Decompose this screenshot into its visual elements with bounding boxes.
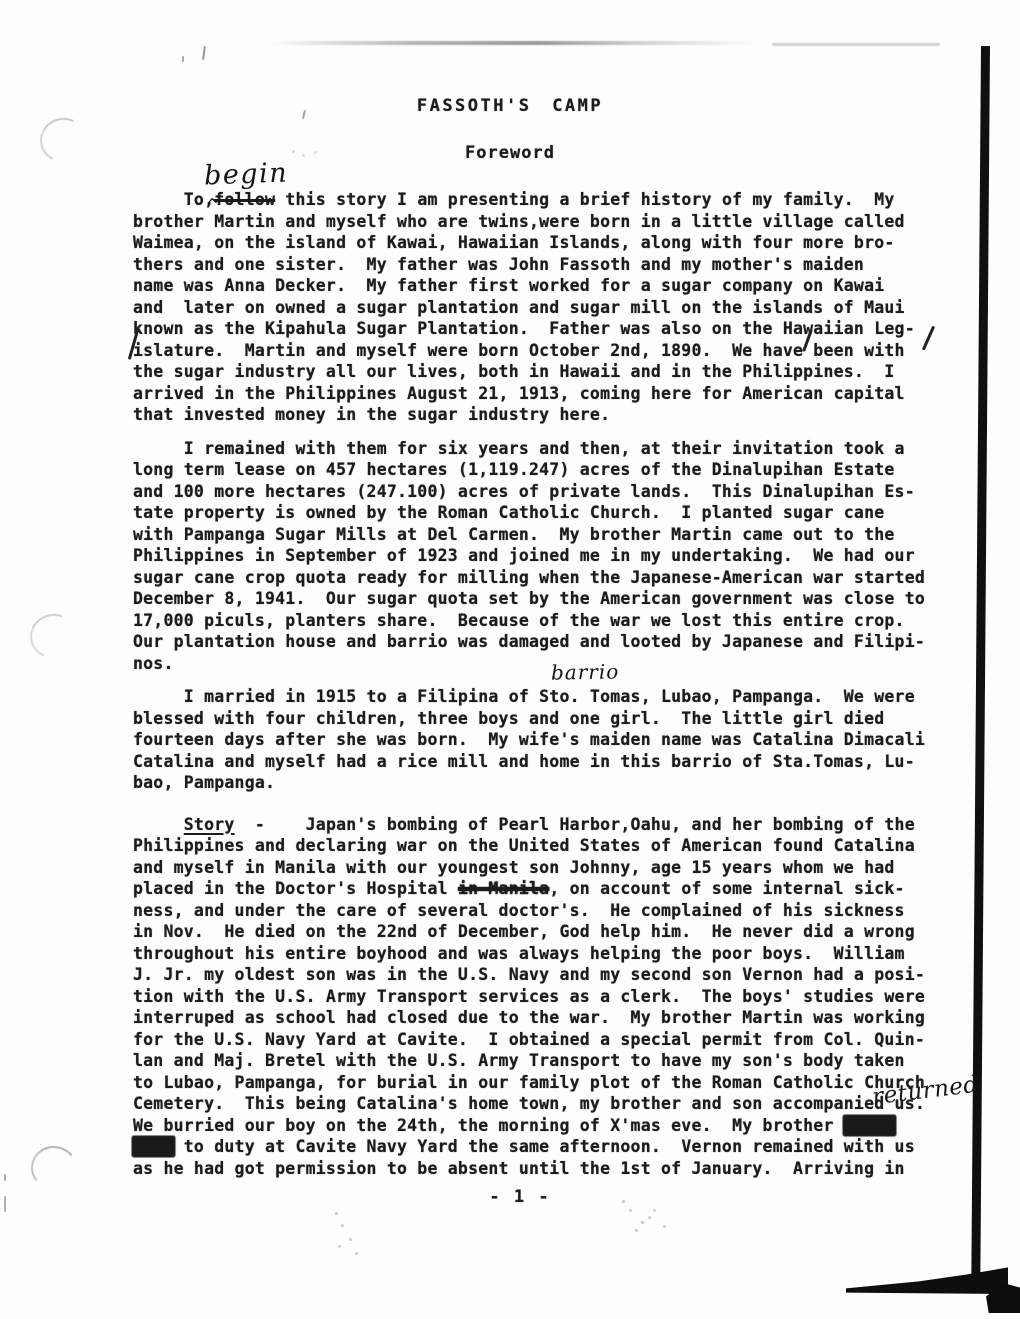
- ink-tick: [4, 1174, 6, 1181]
- typed-line: Cemetery. This being Catalina's home tow…: [133, 1093, 953, 1115]
- typed-line: brother Martin and myself who are twins,…: [133, 211, 953, 233]
- page-number: - 1 -: [10, 1187, 1020, 1207]
- typed-line: nos.: [133, 653, 953, 675]
- typed-line: 17,000 piculs, planters share. Because o…: [133, 610, 953, 632]
- typed-line: throughout his entire boyhood and was al…: [133, 943, 953, 965]
- ink-tick: [4, 1196, 6, 1212]
- paragraph: Story - Japan's bombing of Pearl Harbor,…: [133, 814, 953, 1180]
- typed-line: islature. Martin and myself were born Oc…: [133, 340, 953, 362]
- pencil-arc-bottom-left: [28, 1143, 80, 1193]
- handwritten-caret-mark: ^: [206, 194, 219, 216]
- typed-line: and myself in Manila with our youngest s…: [133, 857, 953, 879]
- typed-line: thers and one sister. My father was John…: [133, 254, 953, 276]
- typed-line: as he had got permission to be absent un…: [133, 1158, 953, 1180]
- typed-line: to Lubao, Pampanga, for burial in our fa…: [133, 1072, 953, 1094]
- typed-line: and later on owned a sugar plantation an…: [133, 297, 953, 319]
- typed-line: Waimea, on the island of Kawai, Hawaiian…: [133, 232, 953, 254]
- typed-line: I married in 1915 to a Filipina of Sto. …: [133, 686, 953, 708]
- typed-line: blessed with four children, three boys a…: [133, 708, 953, 730]
- typed-line: ness, and under the care of several doct…: [133, 900, 953, 922]
- typed-line: J. Jr. my oldest son was in the U.S. Nav…: [133, 964, 953, 986]
- typed-line: in Nov. He died on the 22nd of December,…: [133, 921, 953, 943]
- document-title: FASSOTH'S CAMP: [0, 96, 1020, 116]
- typed-line: I remained with them for six years and t…: [133, 438, 953, 460]
- typed-line: Philippines and declaring war on the Uni…: [133, 835, 953, 857]
- typed-line: name was Anna Decker. My father first wo…: [133, 275, 953, 297]
- pencil-arc-mid-left: [23, 607, 82, 665]
- paragraph: To,follow this story I am presenting a b…: [133, 189, 953, 426]
- foreword-heading: Foreword: [0, 143, 1020, 163]
- typed-line: that invested money in the sugar industr…: [133, 404, 953, 426]
- typed-line: interruped as school had closed due to t…: [133, 1007, 953, 1029]
- typed-line: tate property is owned by the Roman Cath…: [133, 502, 953, 524]
- typed-line: long term lease on 457 hectares (1,119.2…: [133, 459, 953, 481]
- ink-tick: [202, 46, 206, 60]
- typed-line: to duty at Cavite Navy Yard the same aft…: [133, 1136, 953, 1158]
- scan-edge-bottom: [846, 1266, 1008, 1294]
- typed-line: tion with the U.S. Army Transport servic…: [133, 986, 953, 1008]
- typed-line: To,follow this story I am presenting a b…: [133, 189, 953, 211]
- paragraph: I married in 1915 to a Filipina of Sto. …: [133, 686, 953, 794]
- typed-line: Our plantation house and barrio was dama…: [133, 631, 953, 653]
- paragraph: I remained with them for six years and t…: [133, 438, 953, 675]
- typed-line: the sugar industry all our lives, both i…: [133, 361, 953, 383]
- typed-line: arrived in the Philippines August 21, 19…: [133, 383, 953, 405]
- typed-line: bao, Pampanga.: [133, 772, 953, 794]
- document-body: To,follow this story I am presenting a b…: [133, 189, 953, 1179]
- handwritten-barrio-annotation: barrio: [551, 659, 620, 684]
- scan-smudge-top: [268, 41, 756, 45]
- typed-line: fourteen days after she was born. My wif…: [133, 729, 953, 751]
- typed-line: placed in the Doctor's Hospital in Manil…: [133, 878, 953, 900]
- typed-line: sugar cane crop quota ready for milling …: [133, 567, 953, 589]
- typed-line: with Pampanga Sugar Mills at Del Carmen.…: [133, 524, 953, 546]
- typed-line: for the U.S. Navy Yard at Cavite. I obta…: [133, 1029, 953, 1051]
- typed-line: Story - Japan's bombing of Pearl Harbor,…: [133, 814, 953, 836]
- typed-line: and 100 more hectares (247.100) acres of…: [133, 481, 953, 503]
- scanned-document-page: FASSOTH'S CAMP Foreword To,follow this s…: [0, 0, 1020, 1319]
- handwritten-begin-annotation: begin: [203, 158, 288, 192]
- typed-line: Philippines in September of 1923 and joi…: [133, 545, 953, 567]
- typed-line: known as the Kipahula Sugar Plantation. …: [133, 318, 953, 340]
- ink-tick: [182, 56, 184, 62]
- typed-line: Catalina and myself had a rice mill and …: [133, 751, 953, 773]
- scan-speckle: [335, 1212, 338, 1215]
- typed-line: December 8, 1941. Our sugar quota set by…: [133, 588, 953, 610]
- typed-line: lan and Maj. Bretel with the U.S. Army T…: [133, 1050, 953, 1072]
- scan-smudge-top-right: [772, 43, 940, 46]
- typed-line: We burried our boy on the 24th, the morn…: [133, 1115, 953, 1137]
